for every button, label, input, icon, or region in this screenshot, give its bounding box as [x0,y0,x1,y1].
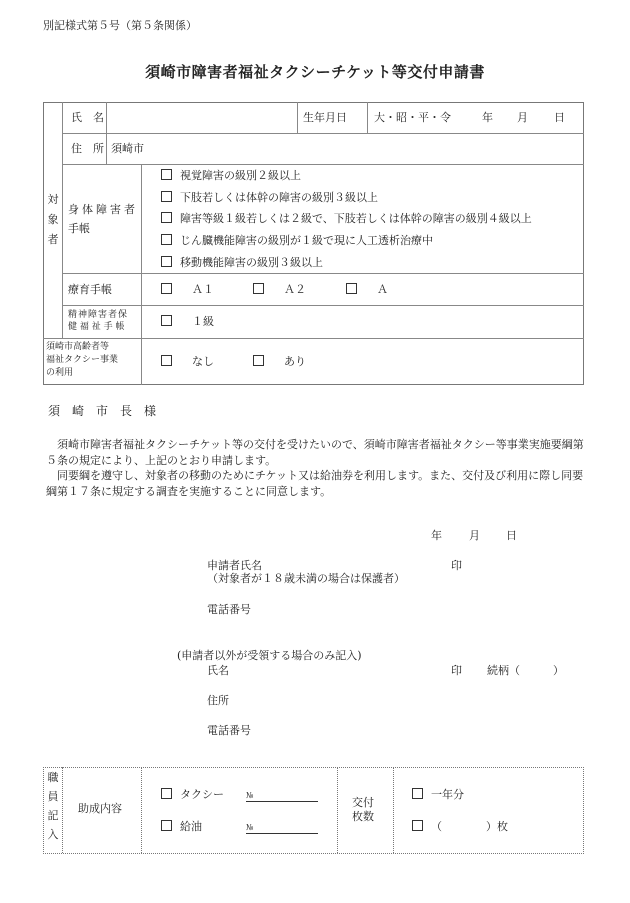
checkbox[interactable] [161,788,172,799]
taxi-number-field[interactable]: № [246,790,318,802]
proxy-name-label[interactable]: 氏名 [207,664,229,678]
issue-count-label-1: 交付 [352,796,374,810]
elderly-taxi-label-2: 福祉タクシー事業 [46,355,118,366]
date-year[interactable]: 年 [431,529,442,543]
birthdate-label: 生年月日 [303,111,347,125]
checkbox[interactable] [161,191,172,202]
checkbox[interactable] [161,169,172,180]
addressee: 須 崎 市 長 様 [48,404,156,418]
physical-disability-label-1: 身体障害者 [68,203,138,217]
applicant-phone-label[interactable]: 電話番号 [207,603,251,617]
elderly-taxi-label-1: 須崎市高齢者等 [46,342,109,353]
subsidy-content-label: 助成内容 [78,802,122,816]
proxy-relation-field[interactable]: 続柄（ ） [487,664,564,678]
divider [367,102,368,133]
date-month[interactable]: 月 [469,529,480,543]
divider [141,164,142,385]
elderly-taxi-label-3: の利用 [46,368,73,379]
address-field[interactable]: 須崎市 [111,142,144,156]
divider [43,338,584,339]
rehab-notebook-label: 療育手帳 [68,283,112,297]
divider [393,767,394,853]
form-reference: 別記様式第５号（第５条関係） [43,17,197,33]
checkbox[interactable] [161,212,172,223]
issue-count-label-2: 枚数 [352,810,374,824]
divider [62,133,584,134]
checkbox[interactable] [161,234,172,245]
rehab-option-a2[interactable]: Ａ２ [253,283,306,297]
application-statement: 須崎市障害者福祉タクシーチケット等の交付を受けたいので、須崎市障害者福祉タクシー… [46,437,586,468]
divider [62,102,63,338]
checkbox[interactable] [161,283,172,294]
divider [62,164,584,165]
mental-health-label-2: 健 福 祉 手 帳 [68,322,124,333]
staff-use-label: 職員記入 [45,768,61,844]
name-label: 氏 名 [71,111,104,125]
staff-table-border [43,767,584,854]
seal-mark: 印 [451,559,462,573]
fuel-number-field[interactable]: № [246,822,318,834]
physical-disability-label-2: 手帳 [68,222,90,236]
elderly-option-yes[interactable]: あり [253,355,306,369]
divider [141,767,142,853]
physical-option-2[interactable]: 下肢若しくは体幹の障害の級別３級以上 [161,191,378,205]
checkbox[interactable] [161,820,172,831]
checkbox[interactable] [346,283,357,294]
era-options[interactable]: 大・昭・平・令 [374,111,451,125]
divider [62,273,584,274]
consent-statement: 同要綱を遵守し、対象者の移動のためにチケット又は給油券を利用します。また、交付及… [46,468,586,499]
proxy-seal-mark: 印 [451,664,462,678]
physical-option-4[interactable]: じん臓機能障害の級別が１級で現に人工透析治療中 [161,234,433,248]
guardian-note: （対象者が１８歳未満の場合は保護者） [207,572,405,586]
checkbox[interactable] [161,355,172,366]
subsidy-option-fuel[interactable]: 給油№ [161,820,318,834]
proxy-address-label[interactable]: 住所 [207,694,229,708]
proxy-note: (申請者以外が受領する場合のみ記入) [177,649,362,663]
physical-option-1[interactable]: 視覚障害の級別２級以上 [161,169,301,183]
checkbox[interactable] [161,256,172,267]
physical-option-3[interactable]: 障害等級１級若しくは２級で、下肢若しくは体幹の障害の級別４級以上 [161,212,532,226]
address-label: 住 所 [71,142,104,156]
proxy-phone-label[interactable]: 電話番号 [207,724,251,738]
divider [337,767,338,853]
month-unit: 月 [517,111,528,125]
target-person-label: 対象者 [45,190,61,250]
elderly-option-none[interactable]: なし [161,355,214,369]
rehab-option-a[interactable]: Ａ [346,283,388,297]
divider [297,102,298,133]
checkbox[interactable] [253,283,264,294]
count-option-one-year[interactable]: 一年分 [412,788,464,802]
date-day[interactable]: 日 [506,529,517,543]
applicant-name-label[interactable]: 申請者氏名 [207,559,262,573]
divider [62,767,63,853]
mental-option-grade1[interactable]: １級 [161,315,214,329]
page-title: 須崎市障害者福祉タクシーチケット等交付申請書 [0,61,630,82]
divider [62,305,584,306]
count-option-sheets[interactable]: （ ）枚 [412,820,508,834]
subsidy-option-taxi[interactable]: タクシー№ [161,788,318,802]
year-unit: 年 [482,111,493,125]
checkbox[interactable] [253,355,264,366]
rehab-option-a1[interactable]: Ａ１ [161,283,214,297]
physical-option-5[interactable]: 移動機能障害の級別３級以上 [161,256,323,270]
name-field[interactable] [108,104,295,132]
checkbox[interactable] [161,315,172,326]
mental-health-label-1: 精神障害者保 [68,310,128,321]
checkbox[interactable] [412,788,423,799]
day-unit: 日 [554,111,565,125]
checkbox[interactable] [412,820,423,831]
